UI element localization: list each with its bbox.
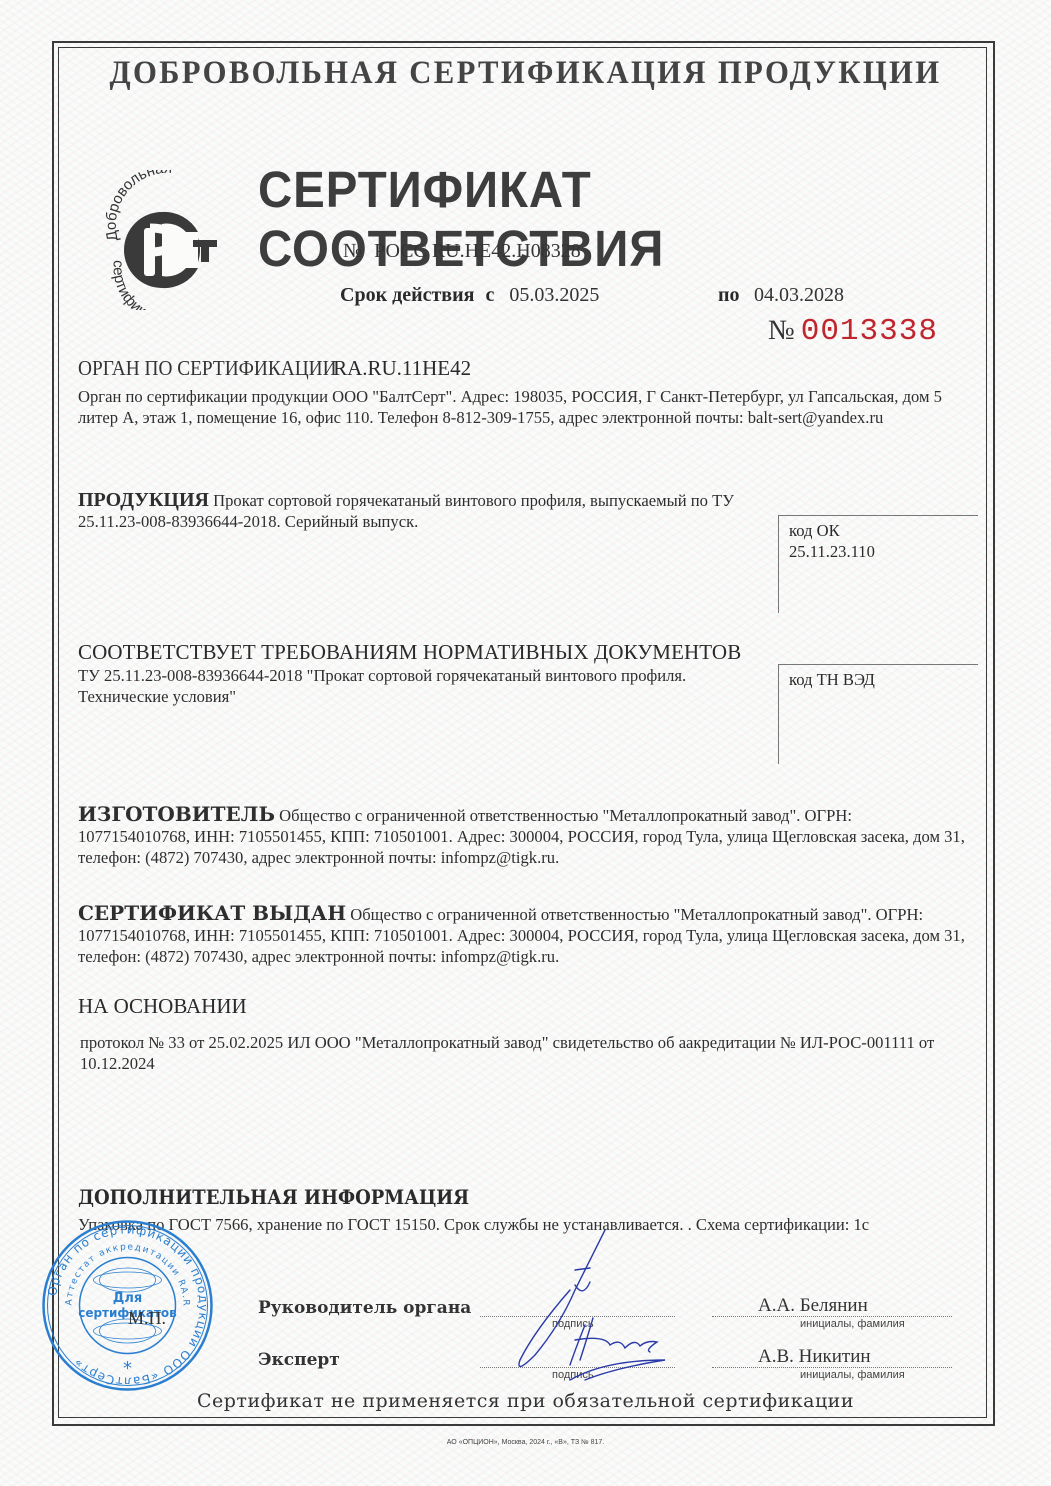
issued-to-section: СЕРТИФИКАТ ВЫДАН Общество с ограниченной… bbox=[78, 903, 968, 967]
validity-from-label: с bbox=[485, 284, 494, 306]
handwritten-signatures bbox=[475, 1230, 675, 1390]
validity-from-date: 05.03.2025 bbox=[509, 284, 599, 306]
registration-number-value: РОСС RU.НЕ42.Н08328 bbox=[374, 240, 581, 262]
certification-body-code: RA.RU.11НЕ42 bbox=[333, 356, 471, 380]
ok-code-value: 25.11.23.110 bbox=[789, 541, 968, 562]
ok-code-box: код ОК 25.11.23.110 bbox=[778, 515, 978, 613]
head-name-caption: инициалы, фамилия bbox=[800, 1318, 905, 1330]
ok-code-label: код ОК bbox=[789, 520, 968, 541]
blank-number-value: 0013338 bbox=[801, 314, 938, 349]
expert-name: А.В. Никитин bbox=[758, 1346, 871, 1368]
voluntary-certification-title: ДОБРОВОЛЬНАЯ СЕРТИФИКАЦИЯ ПРОДУКЦИИ bbox=[37, 55, 1014, 92]
mp-seal-label: М.П. bbox=[128, 1308, 166, 1329]
validity-label: Срок действия bbox=[340, 284, 474, 306]
compliance-heading: СООТВЕТСТВУЕТ ТРЕБОВАНИЯМ НОРМАТИВНЫХ ДО… bbox=[78, 640, 741, 665]
tn-ved-code-box: код ТН ВЭД bbox=[778, 664, 978, 764]
issued-to-heading: СЕРТИФИКАТ ВЫДАН bbox=[78, 901, 346, 925]
printer-imprint: АО «ОПЦИОН», Москва, 2024 г., «В», ТЗ № … bbox=[0, 1439, 1051, 1446]
validity-to-label: по bbox=[718, 284, 740, 307]
round-seal-stamp: Орган по сертификации продукции ООО «Бал… bbox=[40, 1218, 215, 1393]
certification-body-text: Орган по сертификации продукции ООО "Бал… bbox=[78, 386, 968, 428]
expert-name-caption: инициалы, фамилия bbox=[800, 1369, 905, 1381]
voluntary-only-note: Сертификат не применяется при обязательн… bbox=[0, 1390, 1051, 1412]
validity-to-date: 04.03.2028 bbox=[754, 284, 844, 307]
compliance-text: ТУ 25.11.23-008-83936644-2018 "Прокат со… bbox=[78, 665, 768, 707]
svg-text:Для: Для bbox=[113, 1291, 142, 1306]
rst-voluntary-certification-logo: Добровольная сертификация bbox=[100, 170, 235, 310]
svg-text:*: * bbox=[123, 1358, 132, 1379]
manufacturer-heading: ИЗГОТОВИТЕЛЬ bbox=[78, 802, 275, 826]
basis-heading: НА ОСНОВАНИИ bbox=[78, 994, 247, 1019]
tn-ved-code-label: код ТН ВЭД bbox=[789, 669, 968, 690]
head-name: А.А. Белянин bbox=[758, 1295, 868, 1317]
number-sign: № bbox=[343, 240, 362, 262]
product-section: ПРОДУКЦИЯ Прокат сортовой горячекатаный … bbox=[78, 490, 768, 532]
certification-body-section: ОРГАН ПО СЕРТИФИКАЦИИ RA.RU.11НЕ42 bbox=[78, 356, 968, 381]
blank-number-sign: № bbox=[768, 315, 795, 346]
manufacturer-section: ИЗГОТОВИТЕЛЬ Общество с ограниченной отв… bbox=[78, 804, 968, 868]
blank-serial-number: №0013338 bbox=[768, 314, 938, 349]
registration-number: №РОСС RU.НЕ42.Н08328 bbox=[343, 240, 581, 263]
validity-period: Срок действия с 05.03.2025 по 04.03.2028 bbox=[340, 284, 900, 307]
head-role-label: Руководитель органа bbox=[258, 1298, 471, 1318]
certification-body-heading: ОРГАН ПО СЕРТИФИКАЦИИ bbox=[78, 356, 337, 381]
basis-text: протокол № 33 от 25.02.2025 ИЛ ООО "Мета… bbox=[80, 1032, 960, 1074]
additional-info-heading: ДОПОЛНИТЕЛЬНАЯ ИНФОРМАЦИЯ bbox=[78, 1185, 469, 1209]
product-heading: ПРОДУКЦИЯ bbox=[78, 489, 209, 511]
expert-role-label: Эксперт bbox=[258, 1350, 340, 1370]
